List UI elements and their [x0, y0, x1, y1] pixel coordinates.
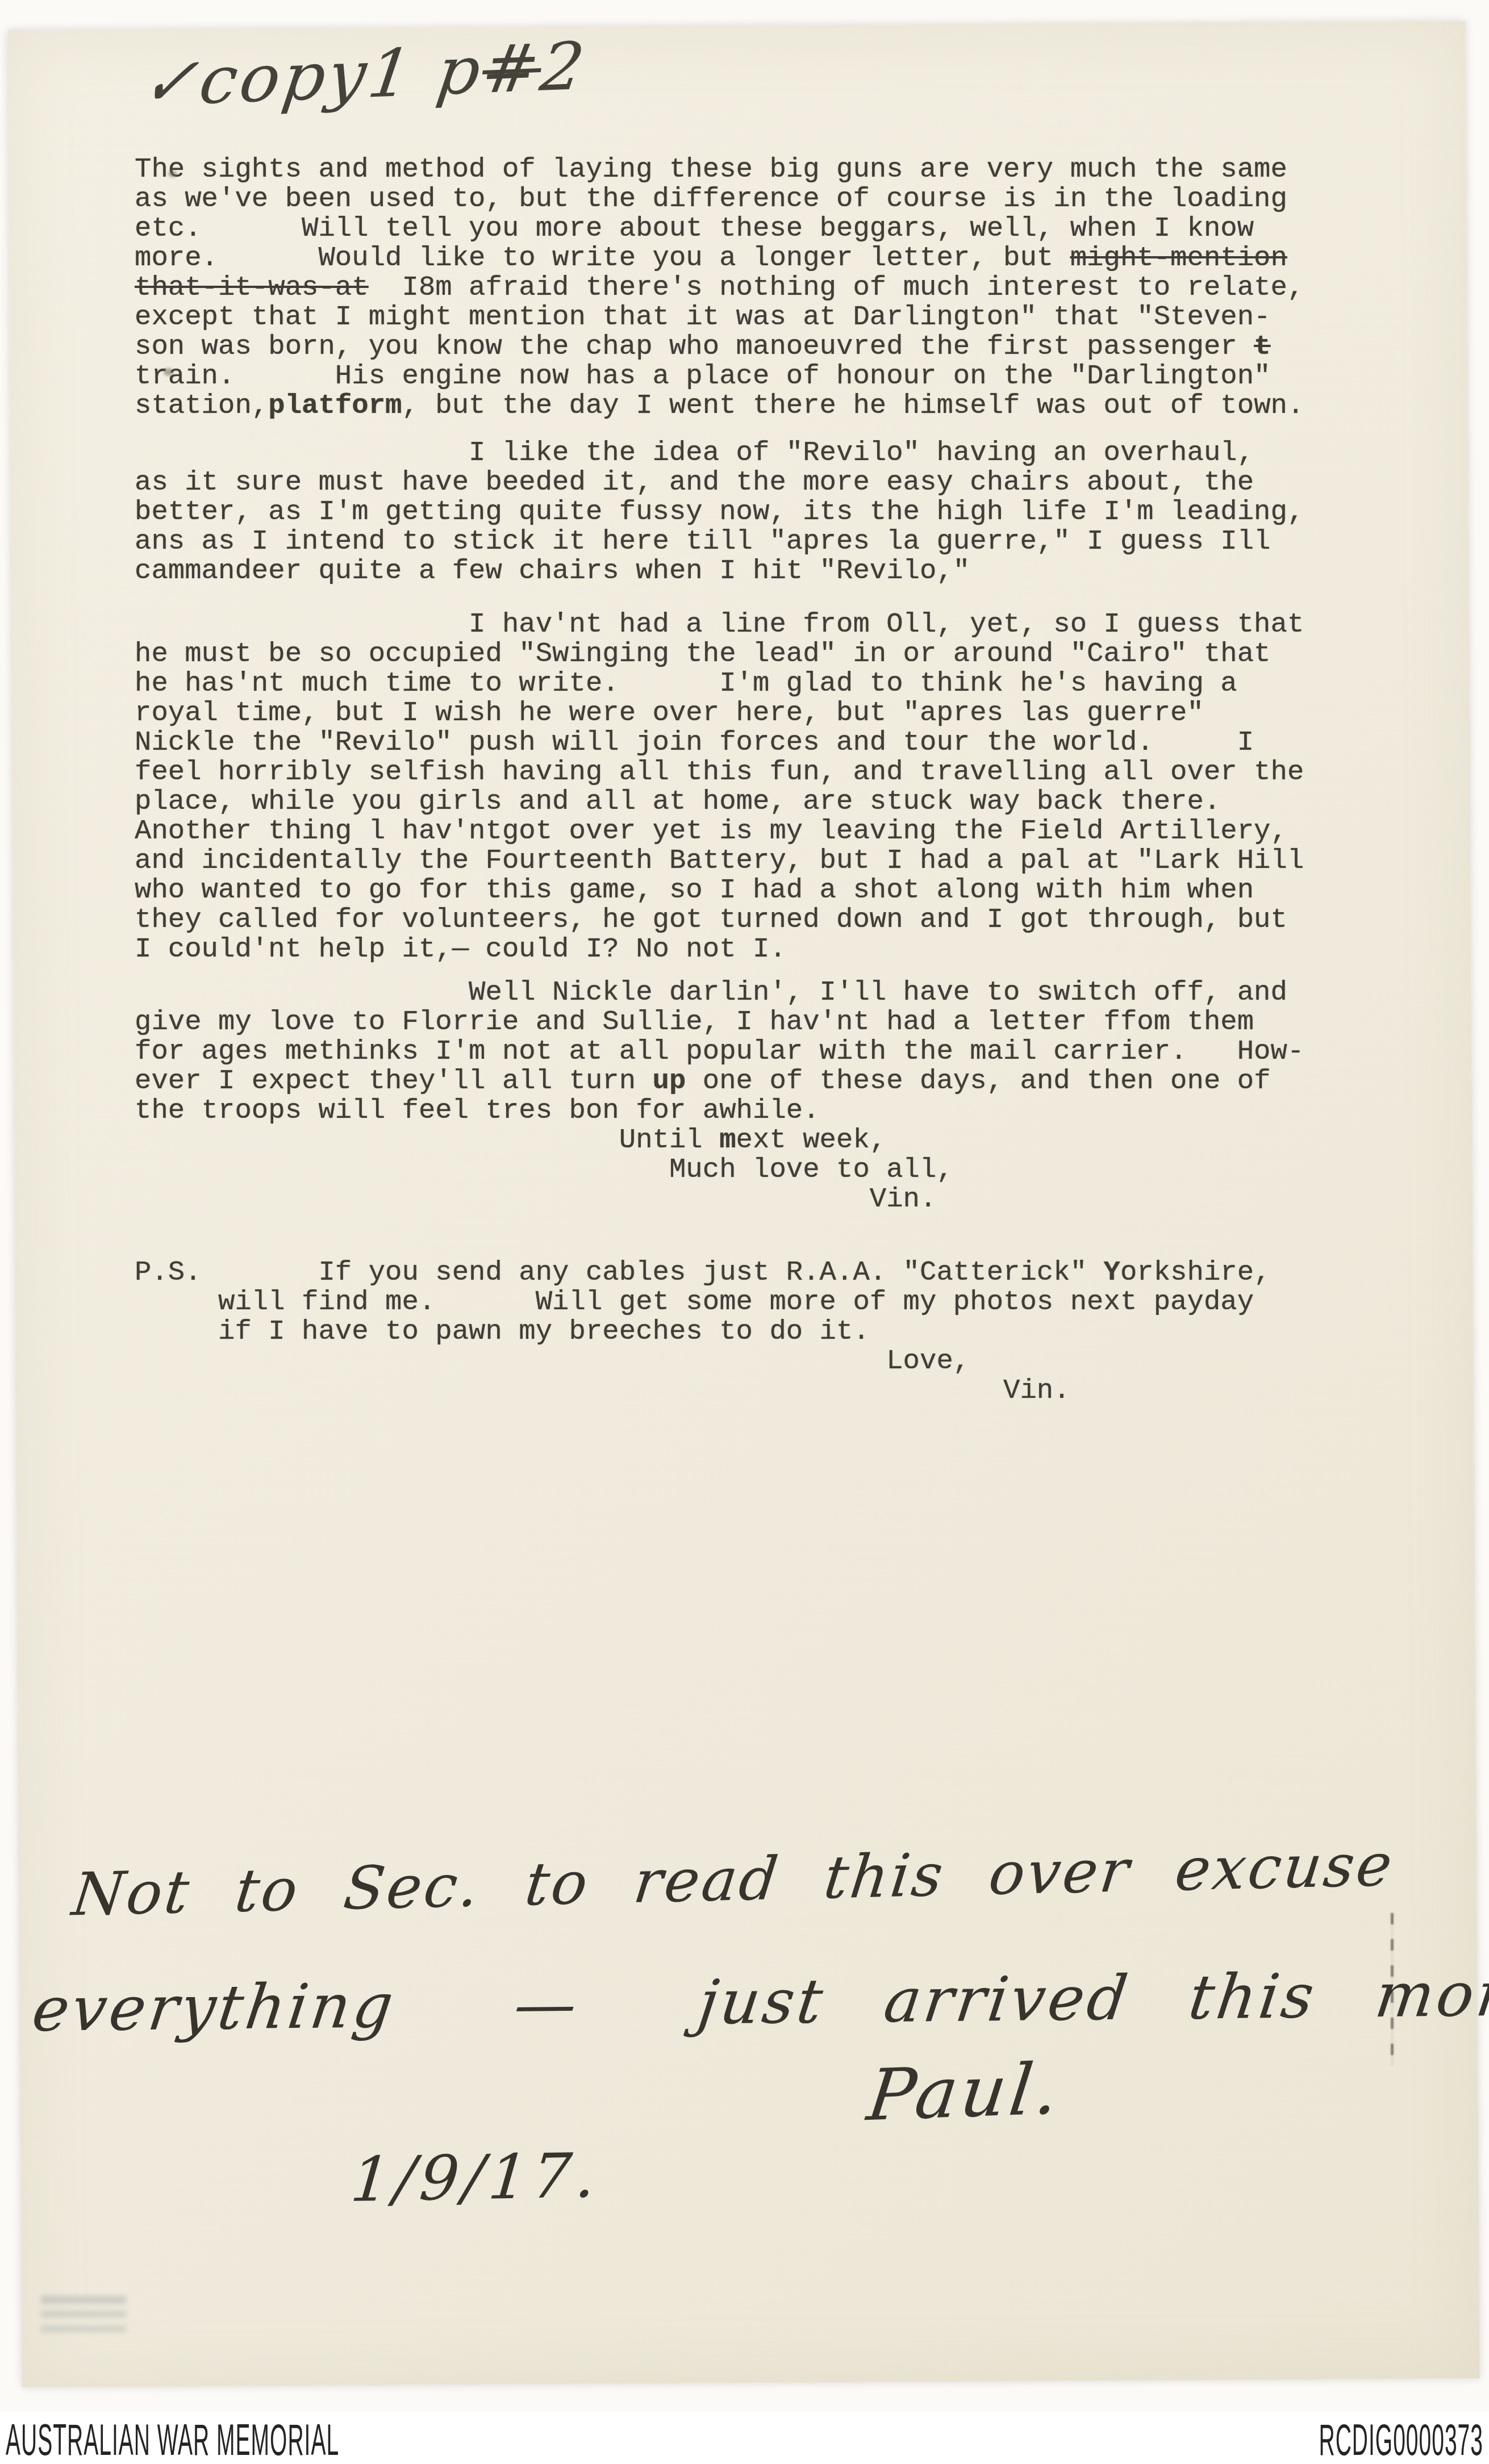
typed-line: he has'nt much time to write. I'm glad t…: [135, 669, 1304, 698]
typed-line: train. His engine now has a place of hon…: [135, 361, 1304, 391]
typed-line: Much love to all,: [135, 1155, 1304, 1184]
paper-crease: [1391, 1913, 1394, 2066]
record-id-label: RCDIG0000373: [1319, 2415, 1484, 2464]
typed-line: Nickle the "Revilo" push will join force…: [135, 728, 1304, 757]
typed-line: and incidentally the Fourteenth Battery,…: [135, 846, 1304, 875]
faint-stamp: [41, 2296, 126, 2358]
typed-line: royal time, but I wish he were over here…: [135, 698, 1304, 728]
handwritten-signature: Paul.: [863, 2048, 1066, 2137]
typed-line: the troops will feel tres bon for awhile…: [135, 1096, 1304, 1125]
typed-line: place, while you girls and all at home, …: [135, 787, 1304, 816]
typed-line: cammandeer quite a few chairs when I hit…: [135, 556, 1304, 586]
typed-line: Vin.: [135, 1184, 1304, 1214]
typed-line: if I have to pawn my breeches to do it.: [135, 1317, 1271, 1346]
typed-line: Love,: [135, 1346, 1271, 1376]
typed-paragraph: Well Nickle darlin', I'll have to switch…: [135, 978, 1304, 1214]
typed-line: ans as I intend to stick it here till "a…: [135, 527, 1304, 556]
typed-line: station,platform, but the day I went the…: [135, 391, 1304, 420]
typed-line: Vin.: [135, 1376, 1271, 1405]
typed-line: give my love to Florrie and Sullie, I ha…: [135, 1007, 1304, 1037]
typed-line: etc. Will tell you more about these begg…: [135, 214, 1304, 243]
typed-line: I could'nt help it,— could I? No not I.: [135, 934, 1304, 964]
paper-speck: [168, 170, 177, 177]
annotation-text: copy1 p: [195, 32, 488, 119]
typed-line: that-it-was-at I8m afraid there's nothin…: [135, 273, 1304, 302]
archive-name-label: AUSTRALIAN WAR MEMORIAL: [6, 2415, 339, 2464]
typed-line: ever I expect they'll all turn up one of…: [135, 1066, 1304, 1096]
typed-line: better, as I'm getting quite fussy now, …: [135, 497, 1304, 527]
typed-line: I hav'nt had a line from Oll, yet, so I …: [135, 609, 1304, 639]
typed-line: son was born, you know the chap who mano…: [135, 332, 1304, 361]
typed-line: The sights and method of laying these bi…: [135, 154, 1304, 184]
typed-line: as it sure must have beeded it, and the …: [135, 467, 1304, 497]
typed-line: he must be so occupied "Swinging the lea…: [135, 639, 1304, 669]
typed-line: more. Would like to write you a longer l…: [135, 243, 1304, 273]
typed-line: they called for volunteers, he got turne…: [135, 905, 1304, 934]
typed-line: I like the idea of "Revilo" having an ov…: [135, 438, 1304, 467]
check-mark: ✓: [136, 43, 205, 122]
typed-line: Until mext week,: [135, 1125, 1304, 1155]
annotation-struck-char: #: [478, 30, 547, 108]
typed-line: Well Nickle darlin', I'll have to switch…: [135, 978, 1304, 1007]
typed-line: will find me. Will get some more of my p…: [135, 1287, 1271, 1317]
typed-line: as we've been used to, but the differenc…: [135, 184, 1304, 214]
typed-line: feel horribly selfish having all this fu…: [135, 757, 1304, 787]
typed-paragraph: P.S. If you send any cables just R.A.A. …: [135, 1258, 1271, 1405]
typed-line: who wanted to go for this game, so I had…: [135, 875, 1304, 905]
handwritten-date: 1/9/17.: [348, 2140, 603, 2216]
typed-paragraph: I hav'nt had a line from Oll, yet, so I …: [135, 609, 1304, 964]
archive-footer-bar: AUSTRALIAN WAR MEMORIAL RCDIG0000373: [0, 2412, 1489, 2464]
paper-speck: [164, 368, 173, 376]
scanned-letter-page: ✓copy1 p#2 The sights and method of layi…: [0, 0, 1489, 2464]
typed-line: for ages methinks I'm not at all popular…: [135, 1037, 1304, 1066]
typed-paragraph: I like the idea of "Revilo" having an ov…: [135, 438, 1304, 586]
typed-line: except that I might mention that it was …: [135, 302, 1304, 332]
typed-line: Another thing l hav'ntgot over yet is my…: [135, 816, 1304, 846]
typed-line: P.S. If you send any cables just R.A.A. …: [135, 1258, 1271, 1287]
typed-paragraph: The sights and method of laying these bi…: [135, 154, 1304, 420]
